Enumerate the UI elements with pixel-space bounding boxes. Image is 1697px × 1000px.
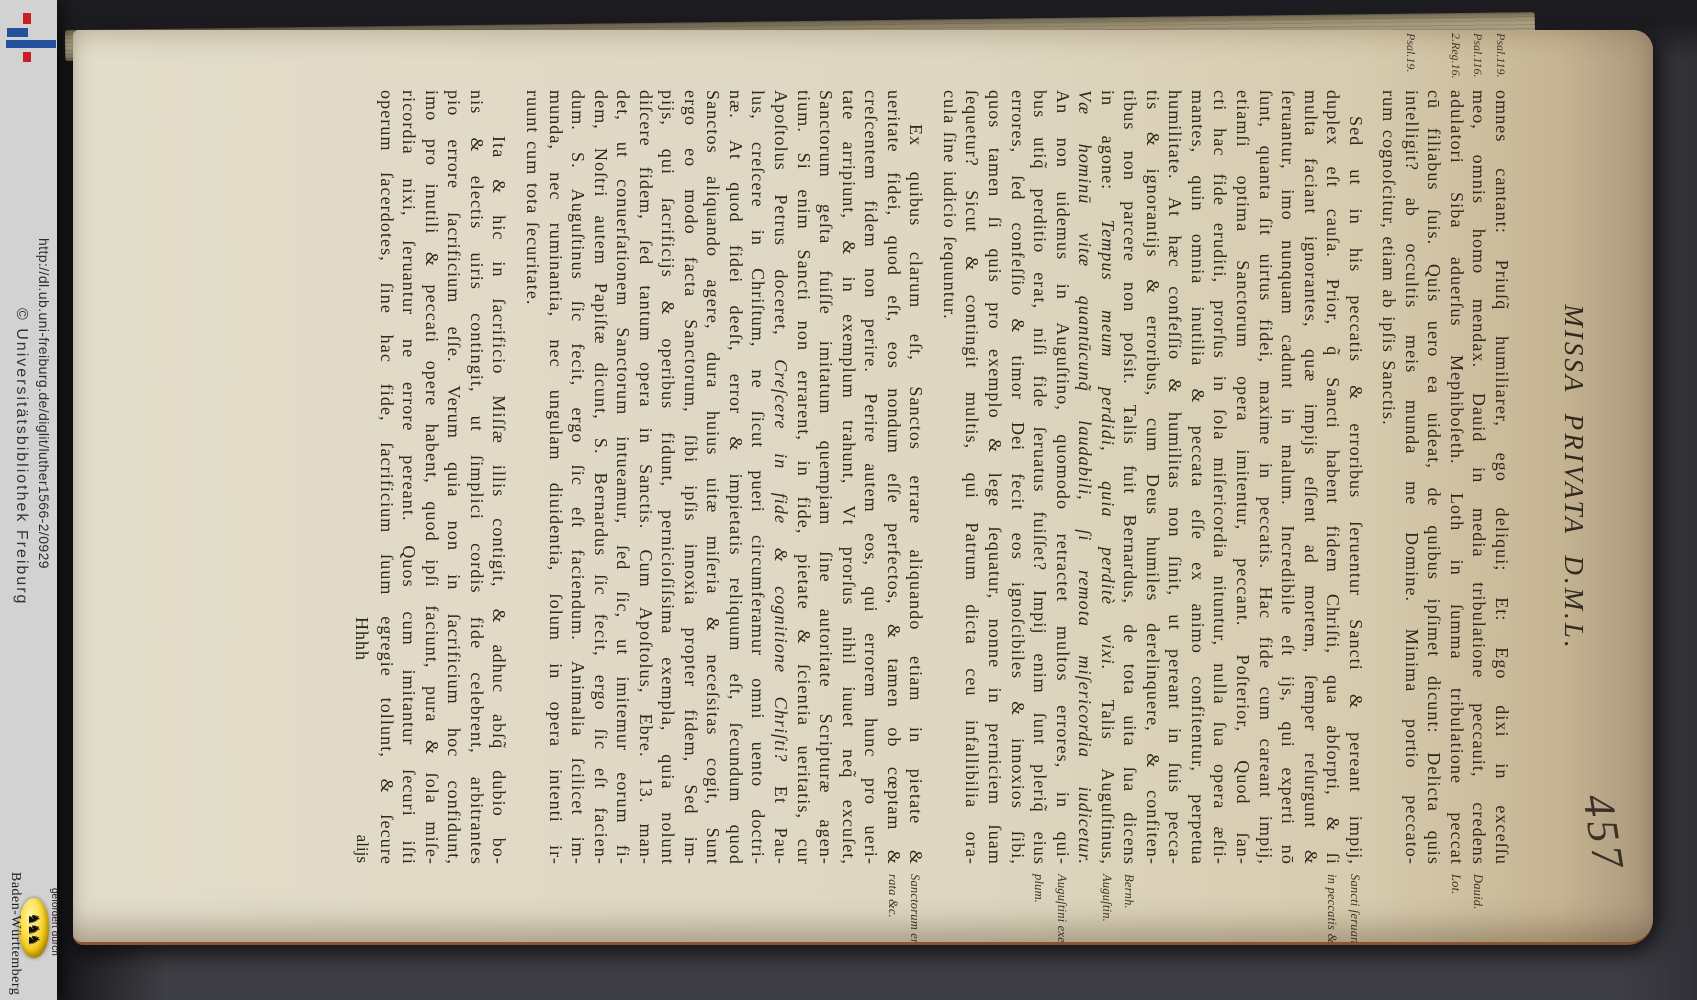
logo-red-bar-top [23, 13, 31, 24]
margin-ref: Psal.116. [1467, 33, 1490, 87]
text-line: tate arripiunt, & in exemplum trahunt, V… [837, 90, 860, 865]
text-line: 2.Reg.16.adulatori Siba aduerſus Mephibo… [1445, 90, 1468, 865]
text-line: Psal.119.omnes cantant: Priuſq̃ humiliar… [1490, 90, 1513, 865]
lions-icon: ♞♞♞ [23, 901, 45, 955]
logo-blue-bar-short [7, 28, 28, 37]
text-line: dem, Noſtri autem Papiſtæ dicunt, S. Ber… [589, 90, 612, 865]
page-content-rotated: 457 MISSA PRIVATA D.M.L. Psal.119.omnes … [73, 30, 1653, 942]
text-line: nis & electis uiris contingit, ut ſimpli… [465, 90, 488, 865]
text-line: ueritate fidei, quod eſt, eos nondum eſſ… [882, 90, 905, 865]
text-line: multa faciant ignorantes, quæ impijs eſſ… [1299, 90, 1322, 865]
text-line: errores, ſed confeſſio & timor Dei fecit… [1006, 90, 1029, 865]
text-line: Ita & hic in ſacrificio Miſſæ illis cont… [488, 90, 511, 865]
text-line: mantes, quin omnia inutilia & peccata eſ… [1186, 90, 1209, 865]
text-line: ruunt cum tota ſecuritate. [521, 90, 544, 865]
book-scan: 457 MISSA PRIVATA D.M.L. Psal.119.omnes … [57, 0, 1697, 1000]
margin-ref: Psal.19. [1399, 33, 1422, 87]
scan-url-label: http://dl.ub.uni-freiburg.de/diglit/luth… [36, 238, 52, 569]
text-line: creſcentem fidem non perire. Perire aute… [860, 90, 883, 865]
text-line: An non uidemus in Auguſtino, quomodo ret… [1051, 90, 1074, 865]
margin-note: Sancti ſeruantur [1343, 874, 1366, 945]
text-line: pijs, qui ſacrificijs & operibus fidunt,… [657, 90, 680, 865]
text-line: Psal.19.intelligit? ab occultis meis mun… [1400, 90, 1423, 865]
text-line: ſunt, quanta ſit uirtus fidei, maxime in… [1254, 90, 1277, 865]
text-line: Ex quibus clarum eſt, Sanctos errare ali… [905, 90, 928, 865]
text-line: cū filiabus ſuis. Quis uero ea uideat, d… [1423, 90, 1446, 865]
screenshot-root: { "sidebar": { "url": "http://dl.ub.uni-… [0, 0, 1697, 1000]
text-line: det, ut conuerſationem Sanctorum intueam… [612, 90, 635, 865]
text-line: lus, creſcere in Chriſtum, ne ſicut puer… [747, 90, 770, 865]
page-title: MISSA PRIVATA D.M.L. [1558, 90, 1589, 865]
margin-note: Auguſtin. [1095, 874, 1118, 922]
text-line: tibus non parcere non poſsit. Talis fuit… [1119, 90, 1142, 865]
text-line: humilitate. At hæc confeſſio & humilitas… [1164, 90, 1187, 865]
margin-note: Bernh. [1118, 874, 1141, 909]
text-line: næ. At quod fidei deeſt, error & impieta… [724, 90, 747, 865]
text-line: rum cognoſcitur, etiam ab ipſis Sanctis. [1378, 90, 1401, 865]
margin-note: Dauid. [1467, 874, 1490, 910]
viewer-sidebar: http://dl.ub.uni-freiburg.de/diglit/luth… [0, 0, 57, 1000]
text-line: ſeruantur, imo nunquam cadunt in malum. … [1277, 90, 1300, 865]
text-line: Væ hominū vitæ quantūcunq̃ laudabili, ſi… [1074, 90, 1097, 865]
text-line: Apoſtolus Petrus doceret, Creſcere in fi… [770, 90, 793, 865]
text-line: munda, nec ruminantia, nec ungulam diuid… [544, 90, 567, 865]
text-line: cti hac fide eruditi, prorſus in ſola mi… [1209, 90, 1232, 865]
ub-freiburg-logo [0, 0, 57, 70]
text-line: diſcere fidem, ſed tantum opera in Sanct… [634, 90, 657, 865]
text-line: dum. S. Auguſtinus ſic fecit, ergo ſic e… [567, 90, 590, 865]
text-line: Sed ut in his peccatis & erroribus ſerue… [1344, 90, 1367, 865]
margin-note: Auguſtini exem- [1050, 874, 1073, 945]
margin-note: Sanctorum er- [904, 874, 927, 945]
funding-label: gefördert durch [49, 888, 60, 956]
margin-note: Lot. [1444, 874, 1467, 895]
text-line: ſequetur? Sicut & contingit multis, qui … [961, 90, 984, 865]
signature-mark: Hhhh [351, 617, 372, 661]
bw-coat-of-arms: ♞♞♞ [19, 898, 49, 958]
text-line: duplex eſt cauſa. Prior, q̃ Sancti haben… [1322, 90, 1345, 865]
text-line: bus utiq̃ perditio erat, niſi fide ſerua… [1029, 90, 1052, 865]
margin-ref: 2.Reg.16. [1444, 33, 1467, 87]
margin-note: plum. [1028, 874, 1051, 903]
text-line: in agone: Tempus meum perdidi, quia perd… [1096, 90, 1119, 865]
text-line: cula ſine iudicio ſequuntur. [938, 90, 961, 865]
catchword: alijs [352, 835, 372, 863]
margin-ref: Psal.119. [1489, 33, 1512, 87]
signature-row: Hhhhalijs [348, 90, 372, 865]
margin-note: in peccatis &c. [1321, 874, 1344, 945]
text-line: ergo eo modo facta Sanctorum, ſibi ipſis… [679, 90, 702, 865]
text-line: Sanctos aliquando agere, dura huius uitæ… [702, 90, 725, 865]
copyright-label: © Universitätsbibliothek Freiburg [12, 308, 30, 605]
bw-region-label: Baden-Württemberg [7, 872, 23, 995]
text-line: operum ſacerdotes, ſine hac fide, ſacrif… [375, 90, 398, 865]
text-line: imo pro inutili & peccati opere habent, … [420, 90, 443, 865]
text-block: Psal.119.omnes cantant: Priuſq̃ humiliar… [348, 90, 1513, 865]
text-line: quos tamen ſi quis pro exemplo & lege ſe… [983, 90, 1006, 865]
logo-red-bar-bottom [23, 52, 31, 62]
text-line: ricordia nixi, ſeruantur ne errore perea… [398, 90, 421, 865]
text-line: pio errore ſacrificium eſſe. Verum quia … [443, 90, 466, 865]
text-line: tis & ignorantijs & erroribus, cum Deus … [1141, 90, 1164, 865]
text-line: tium. Si enim Sancti non errarent, in fi… [792, 90, 815, 865]
text-line: Psal.116.meo, omnis homo mendax. Dauid i… [1468, 90, 1491, 865]
text-line: Sanctorum geſta fuiſſe imitatum quempiam… [815, 90, 838, 865]
margin-note: rata &c. [881, 874, 904, 918]
text-line: etiamſi optima Sanctorum opera imitentur… [1231, 90, 1254, 865]
logo-blue-bar-long [6, 40, 56, 48]
book-page: 457 MISSA PRIVATA D.M.L. Psal.119.omnes … [73, 30, 1653, 945]
